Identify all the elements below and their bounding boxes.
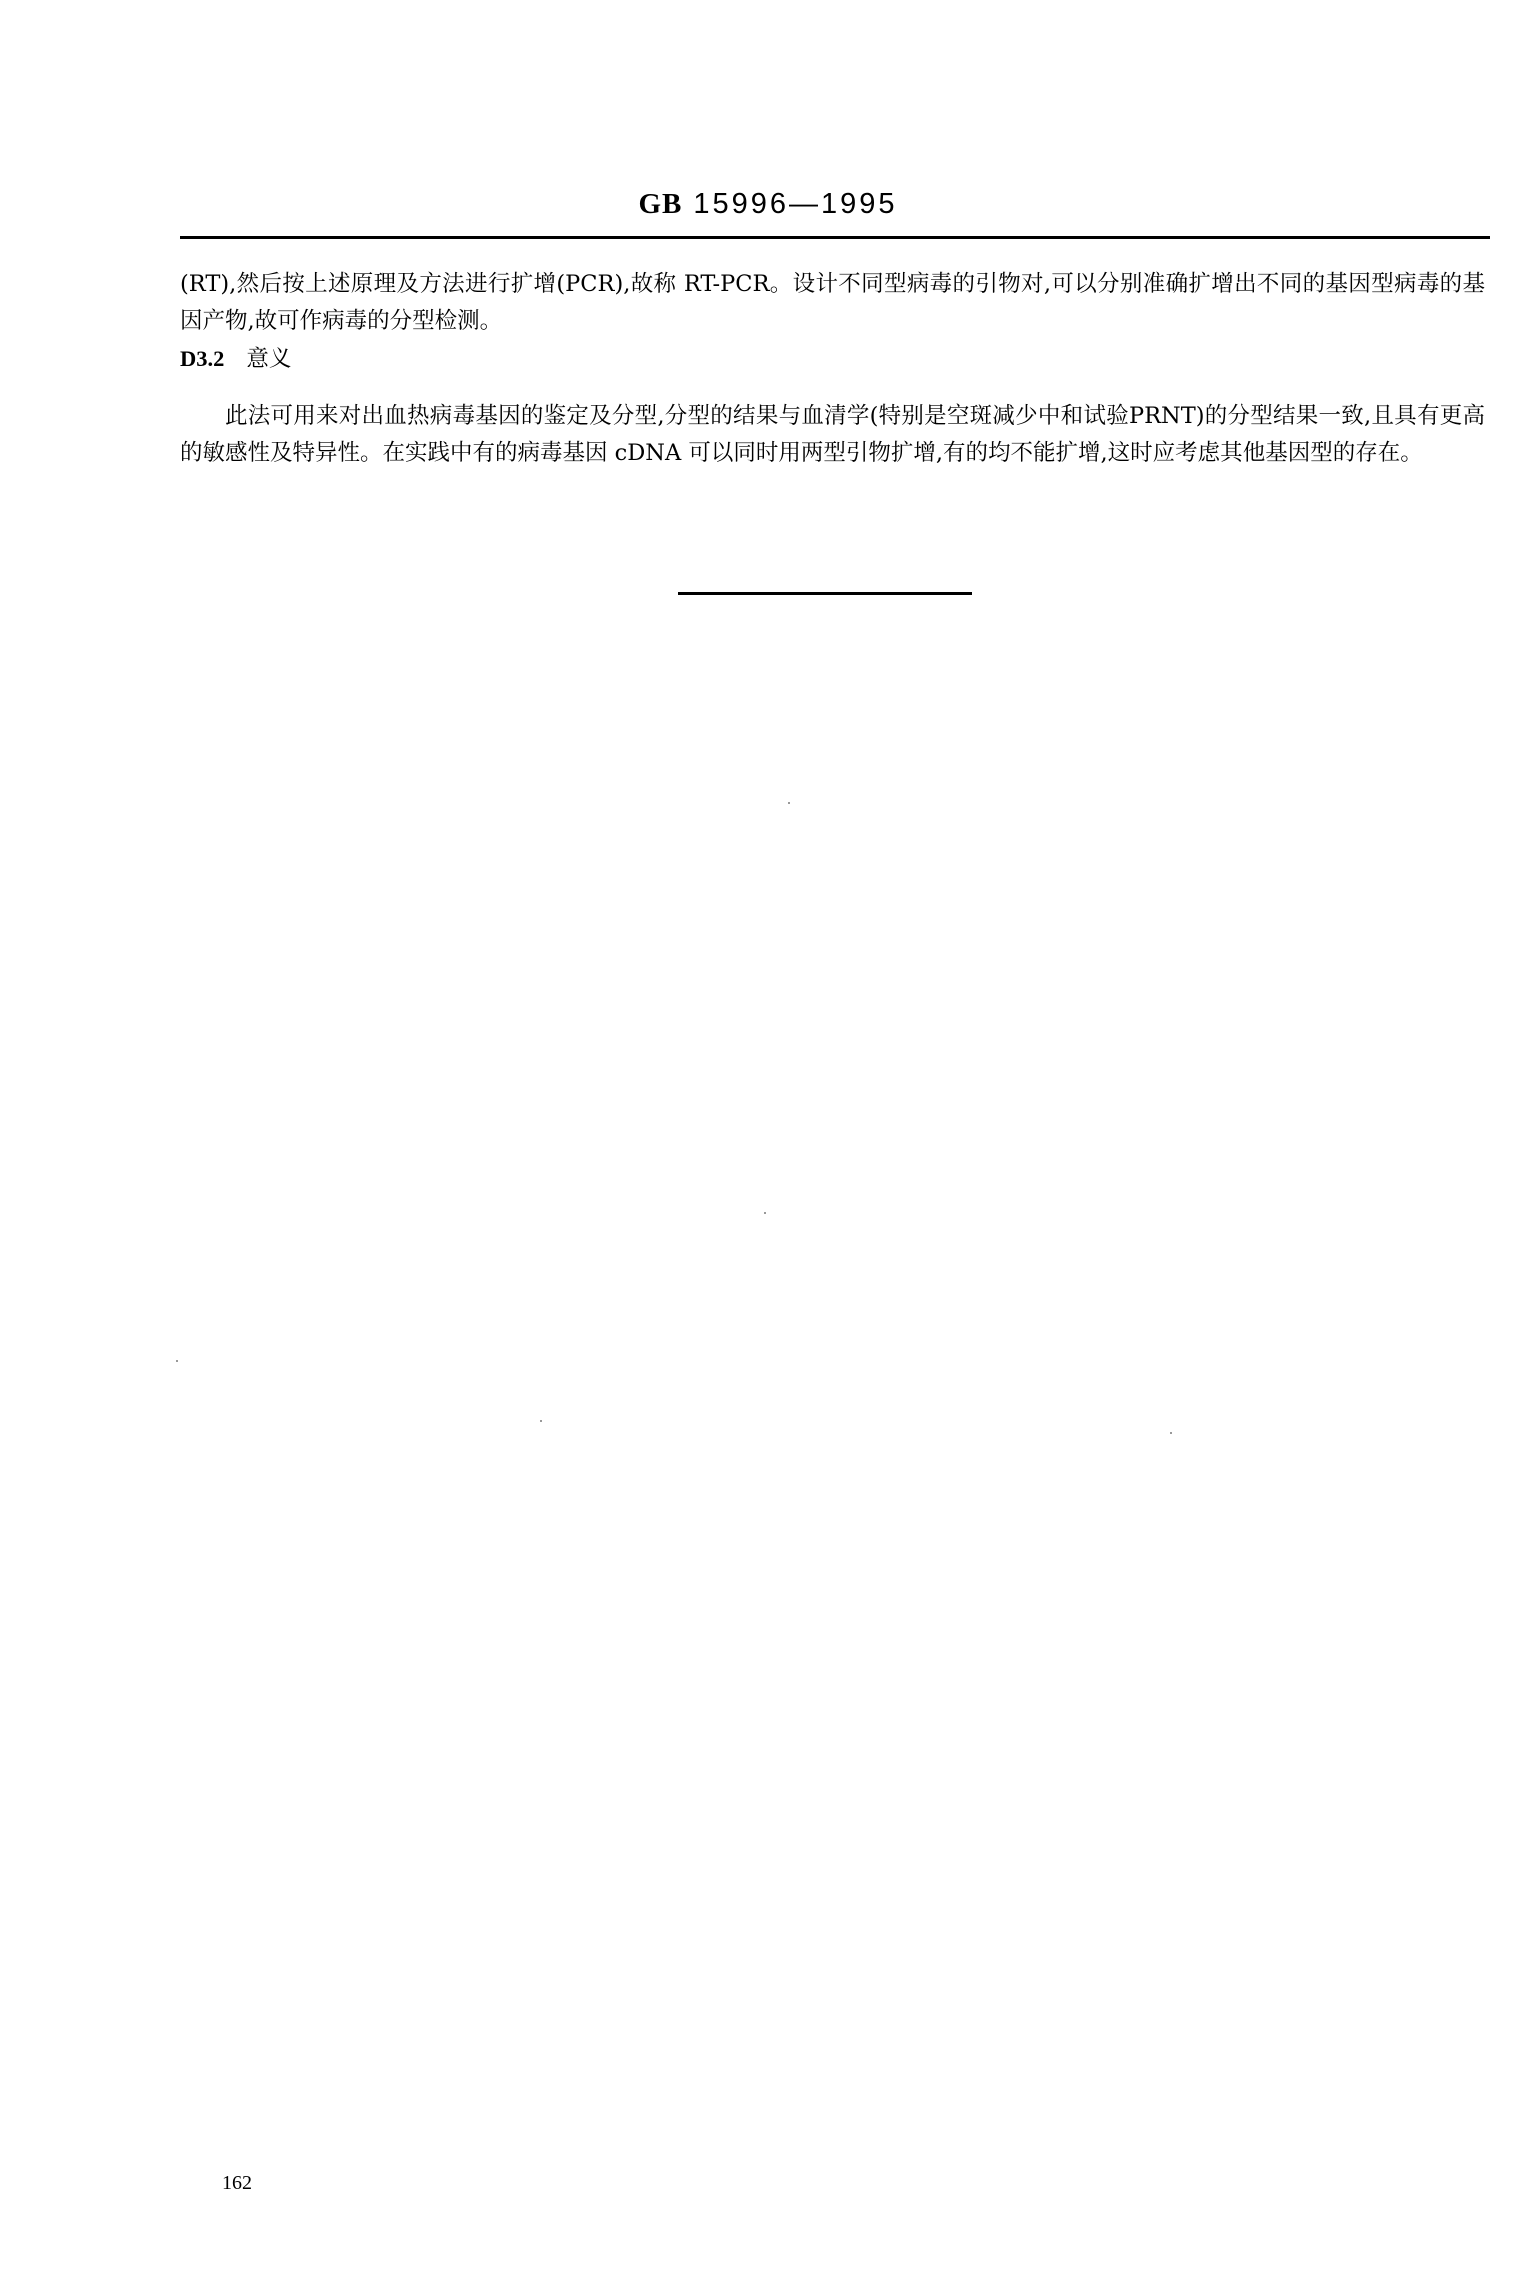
scan-speck: [1170, 1432, 1172, 1434]
section-heading: D3.2意义: [180, 340, 291, 378]
document-header: GB 15996—1995: [0, 188, 1536, 221]
paragraph-significance: 此法可用来对出血热病毒基因的鉴定及分型,分型的结果与血清学(特别是空斑减少中和试…: [180, 398, 1485, 472]
section-title: 意义: [246, 346, 291, 372]
scan-speck: [788, 802, 790, 804]
scan-speck: [540, 1420, 542, 1422]
scan-speck: [176, 1360, 178, 1362]
header-divider: [180, 236, 1490, 239]
end-of-document-rule: [678, 592, 972, 595]
standard-number: 15996—1995: [693, 188, 897, 220]
page-number: 162: [222, 2172, 252, 2195]
standard-prefix: GB: [638, 188, 682, 220]
paragraph-continuation: (RT),然后按上述原理及方法进行扩增(PCR),故称 RT-PCR。设计不同型…: [180, 266, 1485, 340]
section-number: D3.2: [180, 346, 224, 371]
scan-speck: [764, 1212, 766, 1214]
